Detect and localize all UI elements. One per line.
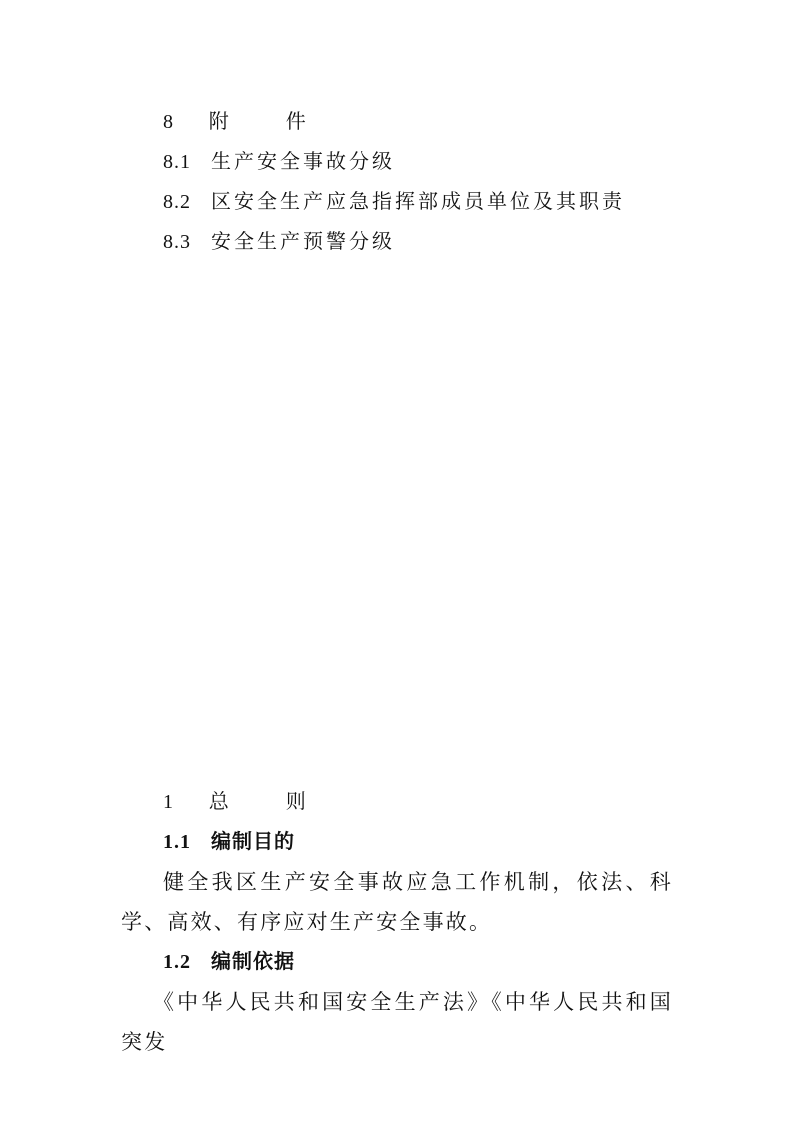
appendix-item: 8.2区安全生产应急指挥部成员单位及其职责 [163,189,625,214]
section-number: 1.1 [163,830,211,854]
chapter-heading-number: 1 [163,790,174,814]
section-heading: 1.1编制目的 [163,829,295,854]
chapter-heading-title-b: 则 [286,789,307,813]
appendix-item-number: 8.1 [163,150,211,174]
appendix-heading-title-a: 附 [209,109,230,133]
appendix-item-number: 8.3 [163,230,211,254]
section-body: 《中华人民共和国安全生产法》《中华人民共和国突发 [121,982,673,1062]
appendix-item-label: 区安全生产应急指挥部成员单位及其职责 [211,189,625,213]
appendix-item-number: 8.2 [163,190,211,214]
section-body: 健全我区生产安全事故应急工作机制，依法、科学、高效、有序应对生产安全事故。 [121,862,673,942]
appendix-item-label: 安全生产预警分级 [211,229,395,253]
section-title: 编制依据 [211,949,295,973]
chapter-heading-title-a: 总 [209,789,230,813]
appendix-heading-title-b: 件 [286,109,307,133]
chapter-heading: 1 总则 [163,789,307,814]
appendix-item: 8.1生产安全事故分级 [163,149,395,174]
appendix-item-label: 生产安全事故分级 [211,149,395,173]
section-heading: 1.2编制依据 [163,949,295,974]
appendix-item: 8.3安全生产预警分级 [163,229,395,254]
section-number: 1.2 [163,950,211,974]
section-title: 编制目的 [211,829,295,853]
appendix-heading: 8 附件 [163,109,307,134]
appendix-heading-number: 8 [163,110,174,134]
